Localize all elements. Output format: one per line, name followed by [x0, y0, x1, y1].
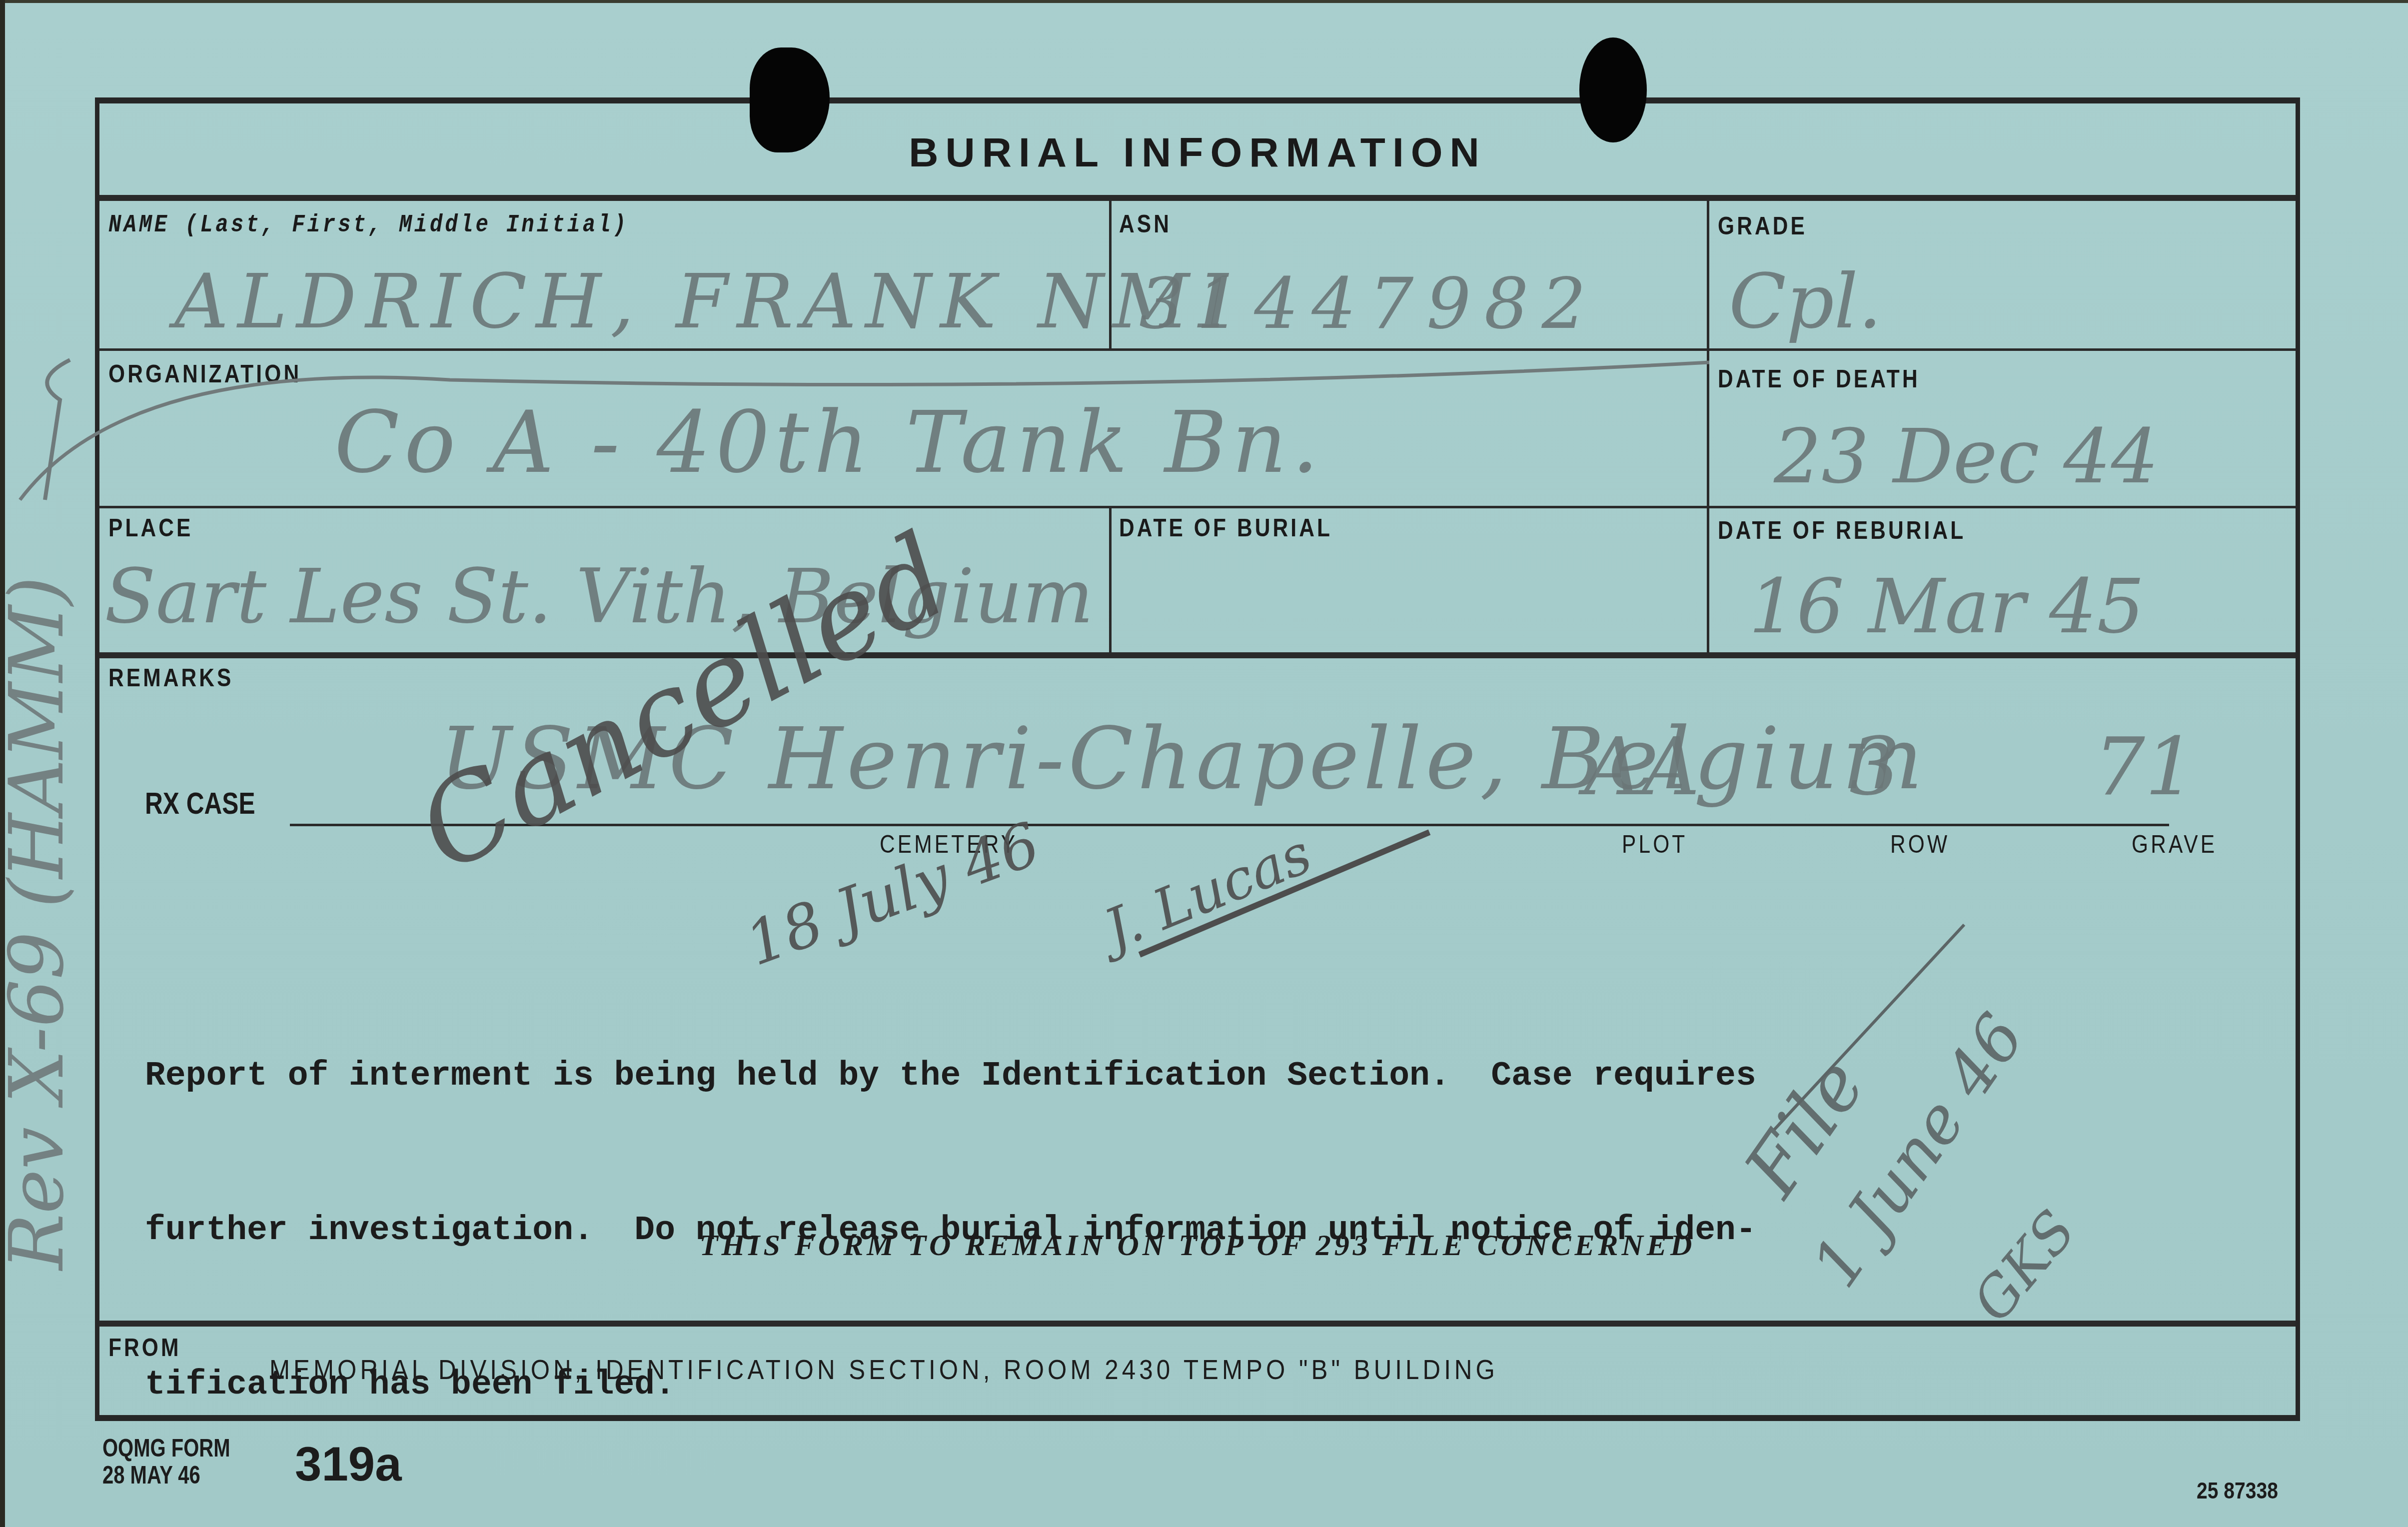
form-date: 28 MAY 46	[102, 1462, 230, 1489]
rule-row1	[99, 348, 2296, 351]
row-label: ROW	[1890, 830, 1950, 859]
organization-label: ORGANIZATION	[108, 359, 301, 388]
plot-value[interactable]: AA	[1584, 720, 1700, 813]
typed-remarks-line-2: further investigation. Do not release bu…	[145, 1205, 1756, 1256]
typed-remarks: Report of interment is being held by the…	[145, 947, 1756, 1462]
form-title: BURIAL INFORMATION	[99, 129, 2296, 176]
organization-value[interactable]: Co A - 40th Tank Bn.	[334, 393, 1323, 492]
typed-remarks-line-1: Report of interment is being held by the…	[145, 1050, 1756, 1102]
place-label: PLACE	[108, 513, 193, 542]
rule-row3	[99, 652, 2296, 658]
divider-asn-grade	[1707, 201, 1709, 653]
asn-value[interactable]: 31447982	[1139, 263, 1599, 345]
grade-value[interactable]: Cpl.	[1729, 258, 1882, 345]
rx-case-label: RX CASE	[145, 786, 255, 821]
name-label: NAME (Last, First, Middle Initial)	[108, 208, 629, 239]
punch-hole-right	[1579, 37, 1647, 142]
form-id: OQMG FORM 28 MAY 46 319a	[102, 1435, 262, 1489]
rule-row2	[99, 506, 2296, 508]
card-edge-top	[0, 0, 2408, 3]
remarks-label: REMARKS	[108, 663, 234, 692]
date-of-reburial-value[interactable]: 16 Mar 45	[1749, 563, 2145, 650]
date-of-reburial-label: DATE OF REBURIAL	[1718, 516, 1966, 545]
grade-label: GRADE	[1718, 211, 1807, 240]
grave-value[interactable]: 71	[2094, 720, 2196, 813]
date-of-burial-label: DATE OF BURIAL	[1119, 513, 1332, 542]
name-value[interactable]: ALDRICH, FRANK NMI	[174, 258, 1237, 345]
divider-place-burial	[1109, 508, 1112, 653]
serial-number: 25 87338	[2197, 1477, 2278, 1504]
form-number: 319a	[295, 1437, 402, 1492]
typed-remarks-line-3: tification has been filed.	[145, 1359, 1756, 1411]
grave-label: GRAVE	[2132, 830, 2217, 859]
asn-label: ASN	[1119, 209, 1172, 238]
rule-title	[99, 195, 2296, 201]
plot-label: PLOT	[1622, 830, 1687, 859]
form-agency: OQMG FORM	[102, 1435, 230, 1462]
margin-note: Rev X-69 (HAMM)	[0, 576, 80, 1270]
date-of-death-value[interactable]: 23 Dec 44	[1774, 413, 2159, 500]
row-value[interactable]: 3	[1849, 720, 1900, 813]
date-of-death-label: DATE OF DEATH	[1718, 364, 1920, 393]
